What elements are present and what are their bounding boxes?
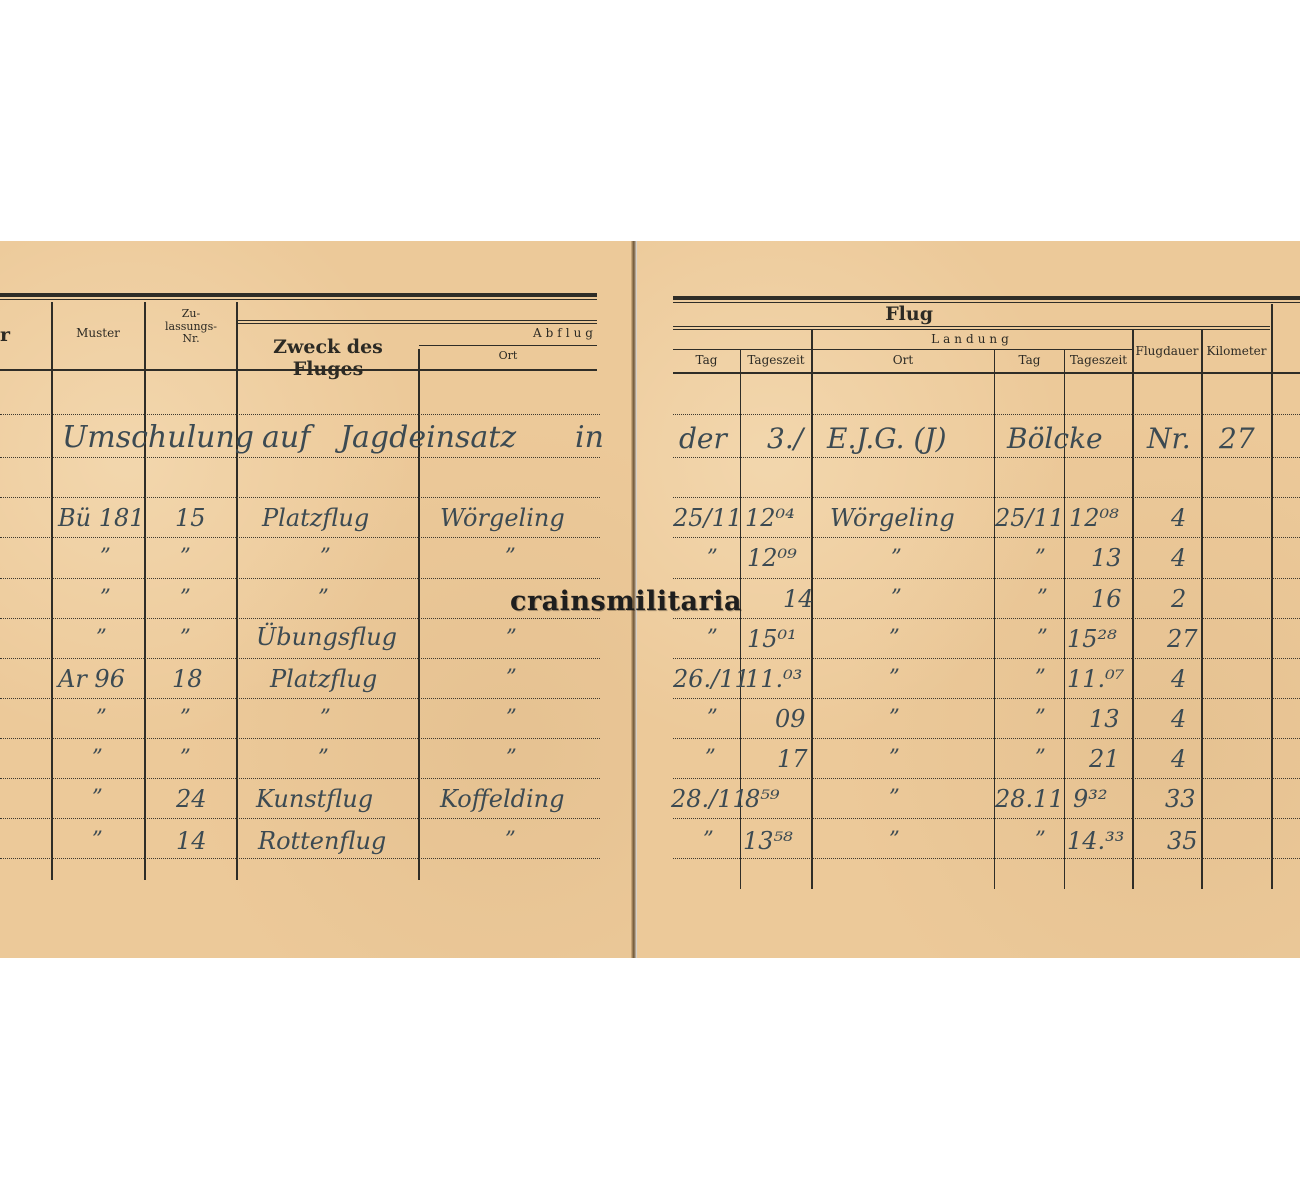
- cell-zweck: ”: [318, 587, 329, 608]
- cell-landung-tageszeit: 21: [1089, 747, 1120, 771]
- cell-nr: 18: [172, 667, 203, 691]
- cell-tag: ”: [707, 547, 718, 568]
- header-abflug: Abflug: [419, 327, 597, 341]
- cell-nr: ”: [180, 747, 191, 768]
- row-line: [673, 658, 1300, 659]
- col-divider: [1271, 304, 1273, 889]
- cell-nr: ”: [180, 546, 191, 567]
- row-line: [673, 537, 1300, 538]
- cell-muster: ”: [96, 627, 107, 648]
- row-line: [0, 578, 600, 579]
- cell-muster: ”: [92, 787, 103, 808]
- note-text: der: [679, 425, 727, 453]
- cell-landung-tag: ”: [1037, 627, 1048, 648]
- cell-landung-tageszeit: 11.⁰⁷: [1067, 667, 1124, 691]
- watermark: crainsmilitaria: [510, 586, 742, 617]
- row-line: [0, 778, 600, 779]
- header-top-rule: [0, 293, 597, 297]
- cell-landung-ort: ”: [889, 747, 900, 768]
- cell-landung-tageszeit: 14.³³: [1067, 829, 1124, 853]
- row-line: [673, 618, 1300, 619]
- header-landung: Landung: [812, 333, 1132, 347]
- cell-flugdauer: 27: [1167, 627, 1198, 651]
- cell-landung-ort: ”: [889, 667, 900, 688]
- header-landung-tageszeit: Tageszeit: [1065, 354, 1132, 368]
- cell-zweck: ”: [320, 707, 331, 728]
- cell-tageszeit: 13⁵⁸: [743, 829, 793, 853]
- note-text: Bölcke: [1007, 425, 1103, 453]
- cell-nr: ”: [180, 707, 191, 728]
- note-text: in: [575, 423, 604, 453]
- cell-landung-tageszeit: 16: [1091, 587, 1122, 611]
- row-line: [0, 658, 600, 659]
- header-partial-col: r: [0, 325, 10, 347]
- col-divider: [51, 302, 53, 880]
- row-line: [0, 414, 600, 415]
- abflug-sub-rule: [419, 345, 597, 346]
- note-text: Umschulung: [62, 423, 254, 453]
- cell-muster: Ar 96: [58, 667, 125, 691]
- note-text: E.J.G. (J): [827, 425, 947, 453]
- cell-zweck: Platzflug: [270, 667, 377, 691]
- cell-tag: ”: [705, 747, 716, 768]
- header-abflug-ort: Ort: [419, 350, 597, 363]
- cell-landung-ort: Wörgeling: [830, 506, 955, 530]
- cell-landung-tageszeit: 9³²: [1073, 787, 1108, 811]
- cell-zweck: Kunstflug: [256, 787, 373, 811]
- cell-nr: ”: [180, 587, 191, 608]
- cell-landung-ort: ”: [891, 587, 902, 608]
- row-line: [673, 778, 1300, 779]
- cell-flugdauer: 35: [1167, 829, 1198, 853]
- flug-band-rule: [673, 326, 1270, 327]
- cell-ort: Wörgeling: [440, 506, 565, 530]
- cell-tag: ”: [703, 829, 714, 850]
- cell-landung-tageszeit: 13: [1091, 546, 1122, 570]
- row-line: [0, 698, 600, 699]
- header-top-rule-thin: [0, 299, 597, 300]
- header-flug: Flug: [673, 304, 933, 326]
- header-landung-ort: Ort: [812, 354, 994, 368]
- cell-flugdauer: 4: [1171, 546, 1186, 570]
- cell-landung-tageszeit: 13: [1089, 707, 1120, 731]
- cell-zweck: Übungsflug: [256, 625, 397, 649]
- row-line: [0, 537, 600, 538]
- cell-muster: ”: [96, 707, 107, 728]
- row-line: [673, 578, 1300, 579]
- header-zulassungs-line: Zu-: [145, 308, 237, 321]
- cell-zweck: ”: [318, 747, 329, 768]
- note-text: Nr.: [1147, 425, 1191, 453]
- cell-flugdauer: 2: [1171, 587, 1186, 611]
- cell-landung-tag: ”: [1035, 747, 1046, 768]
- cell-landung-ort: ”: [889, 627, 900, 648]
- cell-flugdauer: 4: [1171, 747, 1186, 771]
- row-line: [673, 457, 1300, 458]
- cell-landung-tageszeit: 12⁰⁸: [1069, 506, 1119, 530]
- row-line: [0, 457, 600, 458]
- cell-landung-ort: ”: [889, 707, 900, 728]
- header-muster: Muster: [52, 327, 144, 341]
- cell-zweck: ”: [320, 546, 331, 567]
- header-tageszeit: Tageszeit: [741, 354, 811, 368]
- header-top-rule-thin: [673, 302, 1300, 303]
- note-text: 27: [1219, 425, 1255, 453]
- cell-flugdauer: 4: [1171, 707, 1186, 731]
- cell-landung-tag: ”: [1035, 667, 1046, 688]
- col-divider: [144, 302, 146, 880]
- row-line: [0, 858, 600, 859]
- cell-landung-ort: ”: [889, 829, 900, 850]
- cell-tag: 25/11: [673, 506, 742, 530]
- cell-landung-ort: ”: [889, 787, 900, 808]
- header-zweck-des-fluges: Zweck des Fluges: [237, 337, 419, 381]
- cell-landung-tag: 25/11: [995, 506, 1064, 530]
- row-line: [673, 497, 1300, 498]
- row-line: [673, 818, 1300, 819]
- cell-muster: ”: [92, 829, 103, 850]
- cell-ort: ”: [506, 707, 517, 728]
- cell-landung-tag: 28.11: [995, 787, 1064, 811]
- header-flugdauer: Flugdauer: [1133, 345, 1201, 359]
- cell-muster: ”: [100, 587, 111, 608]
- header-zulassungs-line: Nr.: [145, 333, 237, 346]
- cell-nr: 14: [176, 829, 207, 853]
- header-kilometer: Kilometer: [1202, 345, 1271, 359]
- cell-tageszeit: 8⁵⁹: [745, 787, 780, 811]
- header-tag: Tag: [673, 354, 740, 368]
- zweck-band-rule-2: [237, 323, 597, 324]
- header-landung-tag: Tag: [995, 354, 1064, 368]
- row-line: [0, 497, 600, 498]
- cell-nr: 24: [176, 787, 207, 811]
- cell-muster: Bü 181: [58, 506, 145, 530]
- cell-ort: ”: [506, 747, 517, 768]
- row-line: [0, 738, 600, 739]
- cell-landung-tag: ”: [1035, 547, 1046, 568]
- cell-ort: ”: [506, 667, 517, 688]
- cell-landung-tag: ”: [1035, 829, 1046, 850]
- cell-zweck: Platzflug: [262, 506, 369, 530]
- cell-tageszeit: 11.⁰³: [745, 667, 802, 691]
- cell-landung-ort: ”: [891, 547, 902, 568]
- cell-tageszeit: 09: [775, 707, 806, 731]
- cell-tag: 26./11: [673, 667, 750, 691]
- cell-tageszeit: 12⁰⁹: [747, 546, 797, 570]
- cell-tag: ”: [707, 707, 718, 728]
- cell-tageszeit: 12⁰⁴: [745, 506, 795, 530]
- cell-zweck: Rottenflug: [258, 829, 386, 853]
- row-line: [673, 738, 1300, 739]
- cell-landung-tageszeit: 15²⁸: [1067, 627, 1117, 651]
- col-divider: [1201, 329, 1203, 889]
- zweck-band-rule: [237, 320, 597, 321]
- note-text: Jagdeinsatz: [340, 423, 516, 453]
- cell-landung-tag: ”: [1035, 707, 1046, 728]
- cell-tageszeit: 15⁰¹: [747, 627, 797, 651]
- header-top-rule: [673, 296, 1300, 300]
- row-line: [0, 818, 600, 819]
- col-divider: [1132, 329, 1134, 889]
- note-text: auf: [262, 423, 310, 453]
- cell-flugdauer: 4: [1171, 506, 1186, 530]
- cell-ort: ”: [505, 546, 516, 567]
- row-line: [673, 698, 1300, 699]
- cell-landung-tag: ”: [1037, 587, 1048, 608]
- header-bottom-rule: [673, 372, 1300, 374]
- cell-tag: 28./11: [671, 787, 748, 811]
- flug-band-rule-2: [673, 329, 1270, 330]
- note-text: 3./: [767, 425, 803, 453]
- cell-flugdauer: 33: [1165, 787, 1196, 811]
- col-divider: [236, 302, 238, 880]
- cell-tageszeit: 17: [777, 747, 808, 771]
- row-line: [673, 858, 1300, 859]
- cell-tageszeit: 14: [783, 587, 814, 611]
- cell-ort: Koffelding: [440, 787, 564, 811]
- cell-nr: 15: [175, 506, 206, 530]
- cell-muster: ”: [100, 546, 111, 567]
- cell-nr: ”: [180, 627, 191, 648]
- header-zulassungs-nr: Zu- lassungs- Nr.: [145, 308, 237, 346]
- cell-muster: ”: [92, 747, 103, 768]
- row-line: [673, 414, 1300, 415]
- cell-ort: ”: [506, 627, 517, 648]
- row-line: [0, 618, 600, 619]
- cell-flugdauer: 4: [1171, 667, 1186, 691]
- cell-ort: ”: [505, 829, 516, 850]
- cell-tag: ”: [707, 627, 718, 648]
